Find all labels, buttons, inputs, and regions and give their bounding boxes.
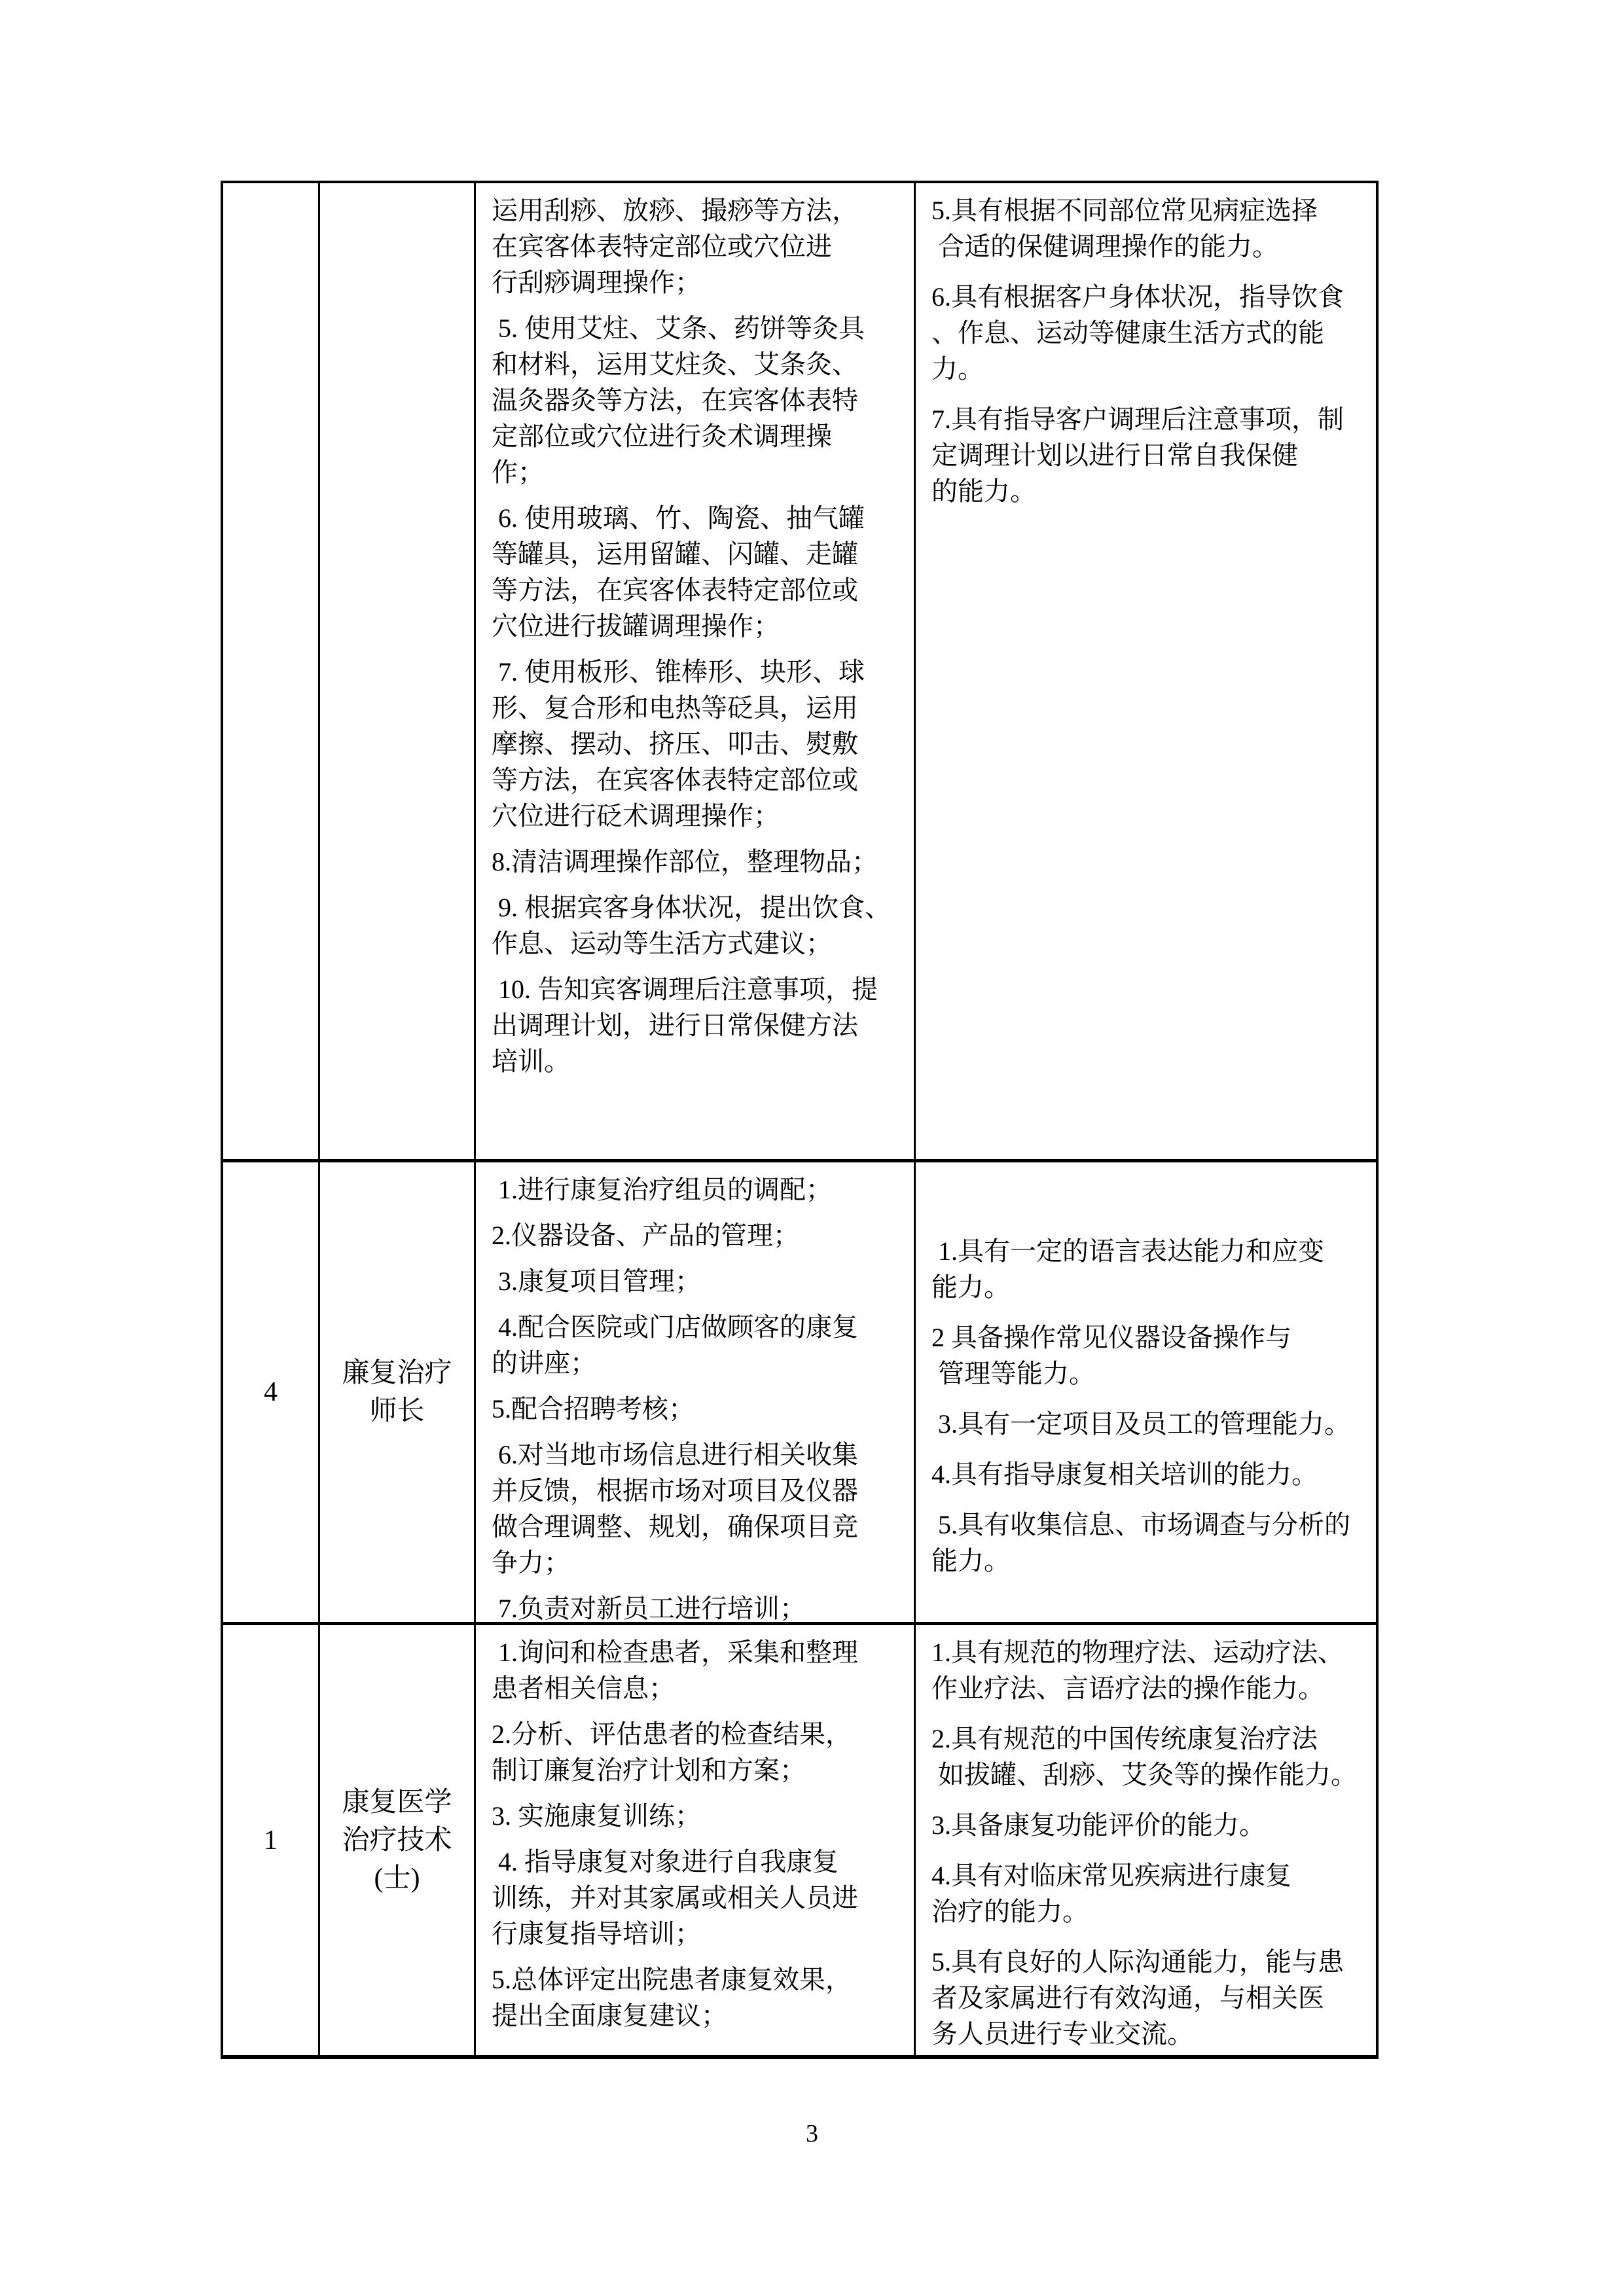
duty-item: 2.分析、评估患者的检查结果， 制订廉复治疗计划和方案； (492, 1716, 901, 1788)
cell-abilities-row1: 5.具有根据不同部位常见病症选择 合适的保健调理操作的能力。6.具有根据客户身体… (916, 183, 1376, 1162)
duty-item: 8.清洁调理操作部位，整理物品； (492, 844, 901, 880)
cell-duties-row2: 1.进行康复治疗组员的调配；2.仪器设备、产品的管理； 3.康复项目管理； 4.… (476, 1162, 916, 1625)
ability-item: 6.具有根据客户身体状况，指导饮食 、作息、运动等健康生活方式的能 力。 (931, 279, 1363, 387)
duty-item: 7. 使用板形、锥棒形、块形、球 形、复合形和电热等砭具，运用 摩擦、摆动、挤压… (492, 654, 901, 834)
duty-item: 6. 使用玻璃、竹、陶瓷、抽气罐 等罐具，运用留罐、闪罐、走罐 等方法，在宾客体… (492, 500, 901, 644)
ability-item (931, 1172, 1363, 1219)
duty-item: 5.配合招聘考核； (492, 1391, 901, 1427)
page-number: 3 (0, 2119, 1624, 2148)
ability-item: 1.具有一定的语言表达能力和应变 能力。 (931, 1233, 1363, 1305)
ability-item: 5.具有根据不同部位常见病症选择 合适的保健调理操作的能力。 (931, 192, 1363, 264)
cell-duties-row3: 1.询问和检查患者，采集和整理 患者相关信息；2.分析、评估患者的检查结果， 制… (476, 1625, 916, 2055)
cell-number-row2: 4 (223, 1162, 320, 1625)
duty-item: 4. 指导康复对象进行自我康复 训练，并对其家属或相关人员进 行康复指导培训； (492, 1844, 901, 1952)
duty-item: 2.仪器设备、产品的管理； (492, 1217, 901, 1253)
cell-number-row3: 1 (223, 1625, 320, 2055)
cell-job-title-row1 (320, 183, 476, 1162)
cell-job-title-row3: 康复医学 治疗技术 (士) (320, 1625, 476, 2055)
duty-item: 4.配合医院或门店做顾客的康复 的讲座； (492, 1309, 901, 1381)
ability-item: 1.具有规范的物理疗法、运动疗法、 作业疗法、言语疗法的操作能力。 (931, 1634, 1363, 1706)
cell-number-row1 (223, 183, 320, 1162)
ability-item: 3.具有一定项目及员工的管理能力。 (931, 1406, 1363, 1442)
duty-item: 5.总体评定出院患者康复效果， 提出全面康复建议； (492, 1962, 901, 2034)
ability-item: 3.具备康复功能评价的能力。 (931, 1807, 1363, 1843)
ability-item: 2.具有规范的中国传统康复治疗法 如拔罐、刮痧、艾灸等的操作能力。 (931, 1721, 1363, 1793)
duty-item: 运用刮痧、放痧、撮痧等方法， 在宾客体表特定部位或穴位进 行刮痧调理操作； (492, 192, 901, 300)
cell-duties-row1: 运用刮痧、放痧、撮痧等方法， 在宾客体表特定部位或穴位进 行刮痧调理操作； 5.… (476, 183, 916, 1162)
ability-item: 4.具有对临床常见疾病进行康复 治疗的能力。 (931, 1857, 1363, 1929)
duty-item: 1.询问和检查患者，采集和整理 患者相关信息； (492, 1634, 901, 1706)
cell-abilities-row2: 1.具有一定的语言表达能力和应变 能力。2 具备操作常见仪器设备操作与 管理等能… (916, 1162, 1376, 1625)
duty-item: 7.负责对新员工进行培训； (492, 1590, 901, 1625)
ability-item: 4.具有指导康复相关培训的能力。 (931, 1456, 1363, 1492)
ability-item: 5.具有良好的人际沟通能力，能与患 者及家属进行有效沟通，与相关医 务人员进行专… (931, 1944, 1363, 2052)
cell-abilities-row3: 1.具有规范的物理疗法、运动疗法、 作业疗法、言语疗法的操作能力。2.具有规范的… (916, 1625, 1376, 2055)
ability-item: 2 具备操作常见仪器设备操作与 管理等能力。 (931, 1319, 1363, 1391)
duty-item: 1.进行康复治疗组员的调配； (492, 1172, 901, 1208)
duty-item: 3. 实施康复训练； (492, 1798, 901, 1834)
job-table: 运用刮痧、放痧、撮痧等方法， 在宾客体表特定部位或穴位进 行刮痧调理操作； 5.… (221, 181, 1379, 2059)
document-page: 运用刮痧、放痧、撮痧等方法， 在宾客体表特定部位或穴位进 行刮痧调理操作； 5.… (0, 0, 1624, 2296)
duty-item: 3.康复项目管理； (492, 1263, 901, 1299)
duty-item: 10. 告知宾客调理后注意事项，提 出调理计划，进行日常保健方法 培训。 (492, 971, 901, 1079)
duty-item: 5. 使用艾炷、艾条、药饼等灸具 和材料，运用艾炷灸、艾条灸、 温灸器灸等方法，… (492, 310, 901, 490)
duty-item: 6.对当地市场信息进行相关收集 并反馈，根据市场对项目及仪器 做合理调整、规划，… (492, 1437, 901, 1581)
ability-item: 7.具有指导客户调理后注意事项，制 定调理计划以进行日常自我保健 的能力。 (931, 401, 1363, 509)
duty-item: 9. 根据宾客身体状况，提出饮食、 作息、运动等生活方式建议； (492, 889, 901, 961)
cell-job-title-row2: 廉复治疗 师长 (320, 1162, 476, 1625)
ability-item: 5.具有收集信息、市场调查与分析的 能力。 (931, 1507, 1363, 1579)
